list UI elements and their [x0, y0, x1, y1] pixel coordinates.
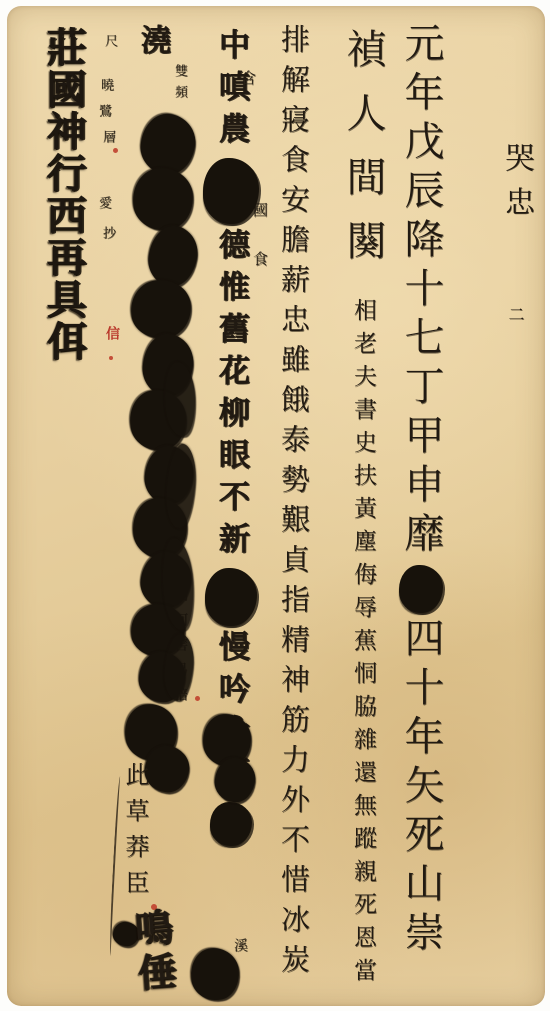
- note-ceng-text: 層: [100, 130, 115, 143]
- interlinear-note-shuangpin: 雙頻: [173, 64, 186, 106]
- manuscript-page: 哭忠 二 元年戊辰降十七丁甲申靡四十年矢死山崇 禎人間闋 相老夫書史扶黃塵侮辱蕉…: [7, 6, 545, 1006]
- side-note-chi: 尺: [103, 34, 116, 47]
- side-note-ai: 愛: [97, 196, 110, 209]
- red-mark-xin-text: 信: [104, 326, 120, 340]
- text-column-3: 排解寢食安膽薪忠雖餓泰勢艱貞指精神筋力外不惜冰炭: [279, 24, 308, 984]
- column2-text-small: 相老夫書史扶黃塵侮辱蕉恫脇雜還無蹤親死恩當: [350, 298, 376, 991]
- side-note-ceng: 層: [101, 130, 114, 143]
- closing-column: 此草莽臣: [123, 762, 147, 906]
- note-shuangpin-text: 雙頻: [172, 64, 187, 106]
- column4-text-a: 中嗔農: [213, 28, 249, 154]
- column3-text: 排解寢食安膽薪忠雖餓泰勢艱貞指精神筋力外不惜冰炭: [277, 24, 311, 984]
- column5-text: 澆: [135, 24, 170, 54]
- photo-frame: 哭忠 二 元年戊辰降十七丁甲申靡四十年矢死山崇 禎人間闋 相老夫書史扶黃塵侮辱蕉…: [0, 0, 550, 1011]
- cursive-text: 莊國神行西再具佴: [40, 26, 86, 362]
- ink-blot: [128, 277, 195, 342]
- column1-text-a: 元年戊辰降十七丁甲申靡: [398, 22, 444, 561]
- red-dot-mark: [151, 904, 157, 910]
- section-title-text: 哭忠: [499, 142, 534, 230]
- ink-blot: [203, 158, 259, 224]
- section-title: 哭忠: [501, 142, 531, 230]
- note-ai-text: 愛: [96, 196, 111, 209]
- red-mark-xin: 信: [105, 326, 119, 340]
- ink-blot: [145, 223, 202, 290]
- text-column-1: 元年戊辰降十七丁甲申靡四十年矢死山崇: [399, 22, 443, 960]
- column1-text-b: 四十年矢死山崇: [398, 617, 444, 960]
- ink-blot: [130, 166, 195, 233]
- ink-blot: [205, 568, 257, 626]
- ink-blot: [399, 565, 443, 613]
- red-dot-mark: [113, 148, 118, 153]
- note-han-text: 含: [239, 70, 257, 85]
- side-note-lu: 鷺: [97, 104, 110, 117]
- signature-text: 鳴倕: [127, 907, 177, 998]
- note-xiao-text: 曉: [98, 78, 113, 91]
- ink-blot: [188, 946, 241, 1003]
- note-lu-text: 鷺: [96, 104, 111, 117]
- signature: 鳴倕: [130, 907, 174, 997]
- side-note-chao: 抄: [101, 226, 114, 239]
- side-note-xiao: 曉: [99, 78, 112, 91]
- ink-blot: [138, 111, 198, 176]
- closing-text: 此草莽臣: [121, 762, 149, 906]
- text-column-2-large: 禎人間闋: [343, 28, 383, 284]
- cursive-column: 莊國神行西再具佴: [43, 26, 83, 362]
- column2-text-large: 禎人間闋: [340, 28, 386, 284]
- note-chao-text: 抄: [100, 226, 115, 239]
- note-xi-text: 溪: [232, 938, 248, 952]
- red-dot-mark: [109, 356, 113, 360]
- text-column-5: 澆: [137, 24, 167, 54]
- text-column-2-small: 相老夫書史扶黃塵侮辱蕉恫脇雜還無蹤親死恩當: [351, 298, 374, 991]
- page-number: 二: [507, 306, 523, 322]
- red-dot-mark: [195, 696, 200, 701]
- page-number-text: 二: [506, 306, 525, 322]
- column4-text-b: 德惟舊花柳眼不新: [213, 228, 249, 564]
- ink-blot: [210, 802, 252, 846]
- interlinear-note-xi: 溪: [233, 938, 247, 952]
- interlinear-note-han: 含: [240, 70, 255, 85]
- note-chi-text: 尺: [102, 34, 117, 47]
